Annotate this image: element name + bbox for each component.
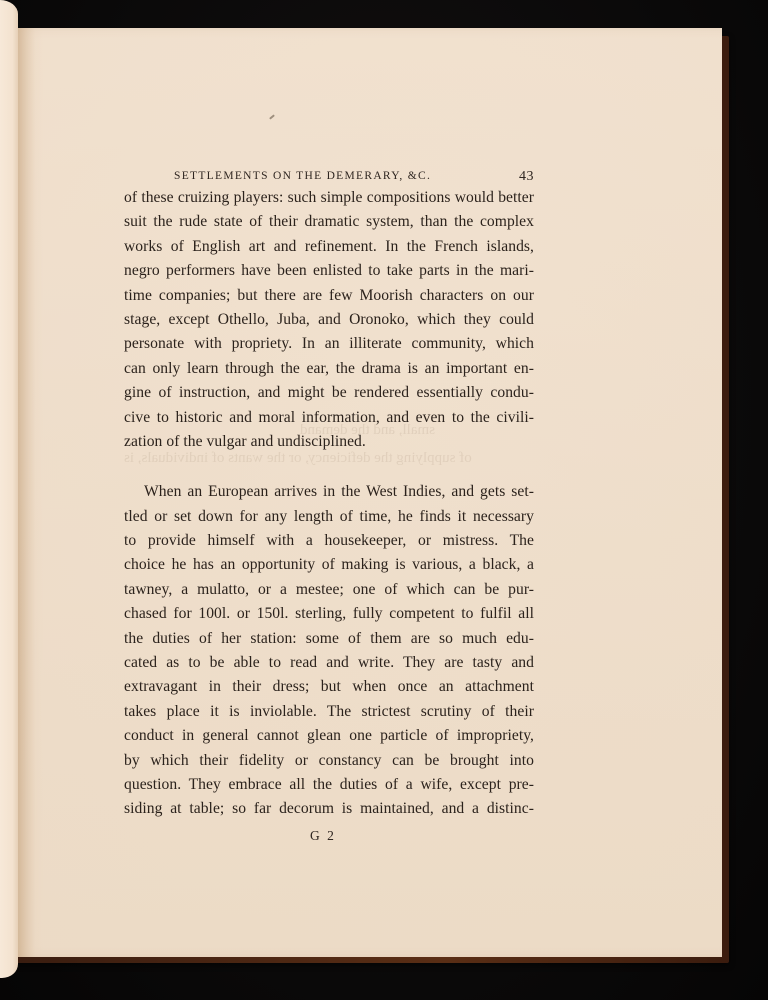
text-line: the duties of her station: some of them …	[124, 627, 534, 651]
text-line: personate with propriety. In an illitera…	[124, 332, 534, 356]
text-line: question. They embrace all the duties of…	[124, 773, 534, 797]
page-number: 43	[519, 169, 534, 185]
text-line: takes place it is inviolable. The strict…	[124, 700, 534, 724]
text-line: gine of instruction, and might be render…	[124, 381, 534, 405]
paragraph-2: When an European arrives in the West Ind…	[124, 480, 534, 821]
text-line: suit the rude state of their dramatic sy…	[124, 210, 534, 234]
text-line: tawney, a mulatto, or a mestee; one of w…	[124, 578, 534, 602]
text-line: of these cruizing players: such simple c…	[124, 186, 534, 210]
text-line: conduct in general cannot glean one part…	[124, 724, 534, 748]
paragraph-1: of these cruizing players: such simple c…	[124, 186, 534, 454]
signature-mark-text: G 2	[310, 828, 336, 844]
signature-mark: G 2	[124, 824, 534, 848]
paragraph-gap	[124, 454, 534, 480]
running-head: Settlements on the Demerary, &c. 43	[124, 166, 534, 186]
text-line: When an European arrives in the West Ind…	[124, 480, 534, 504]
gutter-shadow	[17, 28, 43, 957]
text-line: extravagant in their dress; but when onc…	[124, 675, 534, 699]
text-line: chased for 100l. or 150l. sterling, full…	[124, 602, 534, 626]
text-line: to provide himself with a housekeeper, o…	[124, 529, 534, 553]
facing-page-edge	[0, 0, 18, 978]
text-line: time companies; but there are few Mooris…	[124, 284, 534, 308]
text-line: by which their fidelity or constancy can…	[124, 749, 534, 773]
text-line: siding at table; so far decorum is maint…	[124, 797, 534, 821]
text-line: can only learn through the ear, the dram…	[124, 357, 534, 381]
text-line: negro performers have been enlisted to t…	[124, 259, 534, 283]
page-text-block: Settlements on the Demerary, &c. 43 of t…	[124, 166, 534, 848]
paper-speck	[269, 114, 275, 119]
text-line: stage, except Othello, Juba, and Oronoko…	[124, 308, 534, 332]
running-head-title: Settlements on the Demerary, &c.	[174, 170, 431, 182]
text-line: works of English art and refinement. In …	[124, 235, 534, 259]
text-line: cated as to be able to read and write. T…	[124, 651, 534, 675]
text-line: choice he has an opportunity of making i…	[124, 553, 534, 577]
text-line: cive to historic and moral information, …	[124, 406, 534, 430]
text-line: zation of the vulgar and undisciplined.	[124, 430, 534, 454]
text-line: tled or set down for any length of time,…	[124, 505, 534, 529]
